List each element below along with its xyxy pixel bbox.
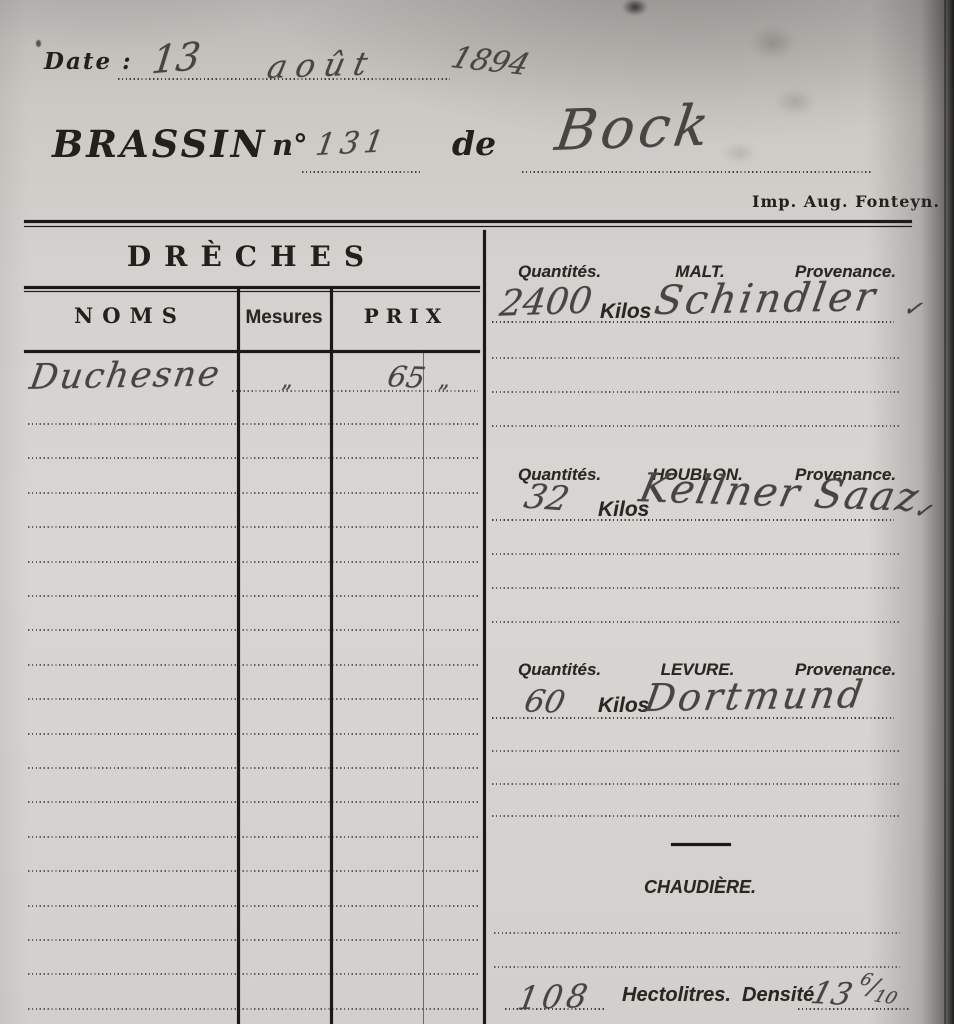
dotted-line [28, 492, 480, 494]
column-header-prix: PRIX [332, 304, 480, 328]
dotted-line [28, 595, 480, 597]
dotted-line [28, 526, 480, 528]
table-column-line-1 [237, 288, 240, 1024]
malt-check-mark-icon: ✓ [901, 295, 924, 323]
densite-label: Densité [742, 984, 814, 1007]
date-label: Date : [44, 48, 133, 75]
dotted-line [492, 587, 900, 589]
handwritten-houblon-quantity: 32 [520, 477, 573, 519]
type-dotted-line [522, 171, 872, 173]
header-rule-thick [24, 220, 912, 223]
hectolitres-label: Hectolitres. [622, 984, 731, 1007]
dotted-line [28, 423, 480, 425]
dotted-line [28, 561, 480, 563]
de-label: de [452, 124, 496, 163]
dotted-line [28, 1008, 480, 1010]
dotted-line [28, 629, 480, 631]
dotted-line [492, 391, 900, 393]
dotted-line [492, 553, 900, 555]
dotted-line [492, 815, 900, 817]
dotted-line [492, 357, 900, 359]
table-column-line-2 [330, 288, 333, 1024]
dotted-line [28, 973, 480, 975]
handwritten-date-year: 1894 [447, 40, 534, 82]
handwritten-density-fraction: 6/10 [852, 970, 905, 1009]
handwritten-malt-provenance: Schindler [651, 274, 881, 324]
chaudiere-separator-rule [671, 843, 731, 846]
stain [775, 88, 815, 116]
handwritten-levure-provenance: Dortmund [642, 672, 869, 720]
handwritten-prix: 65 [385, 359, 428, 395]
handwritten-levure-quantity: 60 [521, 683, 568, 720]
dotted-line [28, 767, 480, 769]
chaudiere-title: CHAUDIÈRE. [600, 877, 800, 898]
dotted-line [492, 621, 900, 623]
dotted-line [28, 733, 480, 735]
dotted-line [28, 457, 480, 459]
stain [750, 26, 796, 60]
main-divider-line [483, 230, 486, 1024]
malt-unit-label: Kilos [600, 300, 651, 324]
handwritten-mesure-ditto: „ [281, 368, 292, 393]
dotted-line [494, 932, 900, 934]
dotted-line [28, 905, 480, 907]
handwritten-date-day: 13 [149, 34, 203, 83]
brassin-number-label: n° [272, 128, 308, 162]
dotted-line [492, 750, 900, 752]
dreches-rule-thick [24, 286, 480, 289]
houblon-check-mark-icon: ✓ [911, 497, 934, 525]
dotted-line [28, 801, 480, 803]
number-dotted-line [302, 171, 420, 173]
printer-credit: Imp. Aug. Fonteyn. [752, 192, 940, 211]
dotted-line [492, 783, 900, 785]
dotted-line [28, 664, 480, 666]
dotted-line [28, 836, 480, 838]
dotted-line [28, 870, 480, 872]
handwritten-malt-quantity: 2400 [497, 280, 594, 324]
handwritten-prix-ditto: „ [438, 368, 449, 393]
handwritten-brassin-type: Bock [551, 93, 716, 164]
handwritten-volume: 108 [515, 977, 595, 1018]
dotted-line [28, 939, 480, 941]
stain [722, 142, 756, 164]
column-header-mesures: Mesures [239, 307, 329, 329]
handwritten-date-month: août [264, 44, 380, 86]
brewing-log-page: Date : 13 août 1894 BRASSIN n° 131 de Bo… [0, 0, 954, 1024]
handwritten-houblon-provenance: Kellner Saaz [635, 465, 924, 520]
header-row-rule [24, 350, 480, 353]
dotted-line [494, 966, 900, 968]
stain [622, 0, 648, 16]
dotted-line [28, 698, 480, 700]
handwritten-brassin-number: 131 [313, 124, 391, 163]
table-subcolumn-line [423, 351, 424, 1024]
column-header-noms: NOMS [24, 303, 236, 328]
dreches-title: DRÈCHES [24, 240, 480, 273]
page-edge-line [944, 0, 946, 1024]
levure-quantity-label: Quantités. [518, 660, 601, 680]
malt-quantity-label: Quantités. [518, 262, 601, 282]
dotted-line [492, 425, 900, 427]
brassin-title: BRASSIN [52, 122, 268, 166]
handwritten-nom: Duchesne [27, 354, 224, 397]
stain [36, 40, 41, 47]
header-rule-thin [24, 226, 912, 227]
houblon-entry-dotted-line [492, 519, 894, 521]
dreches-rule-thin [24, 291, 480, 292]
